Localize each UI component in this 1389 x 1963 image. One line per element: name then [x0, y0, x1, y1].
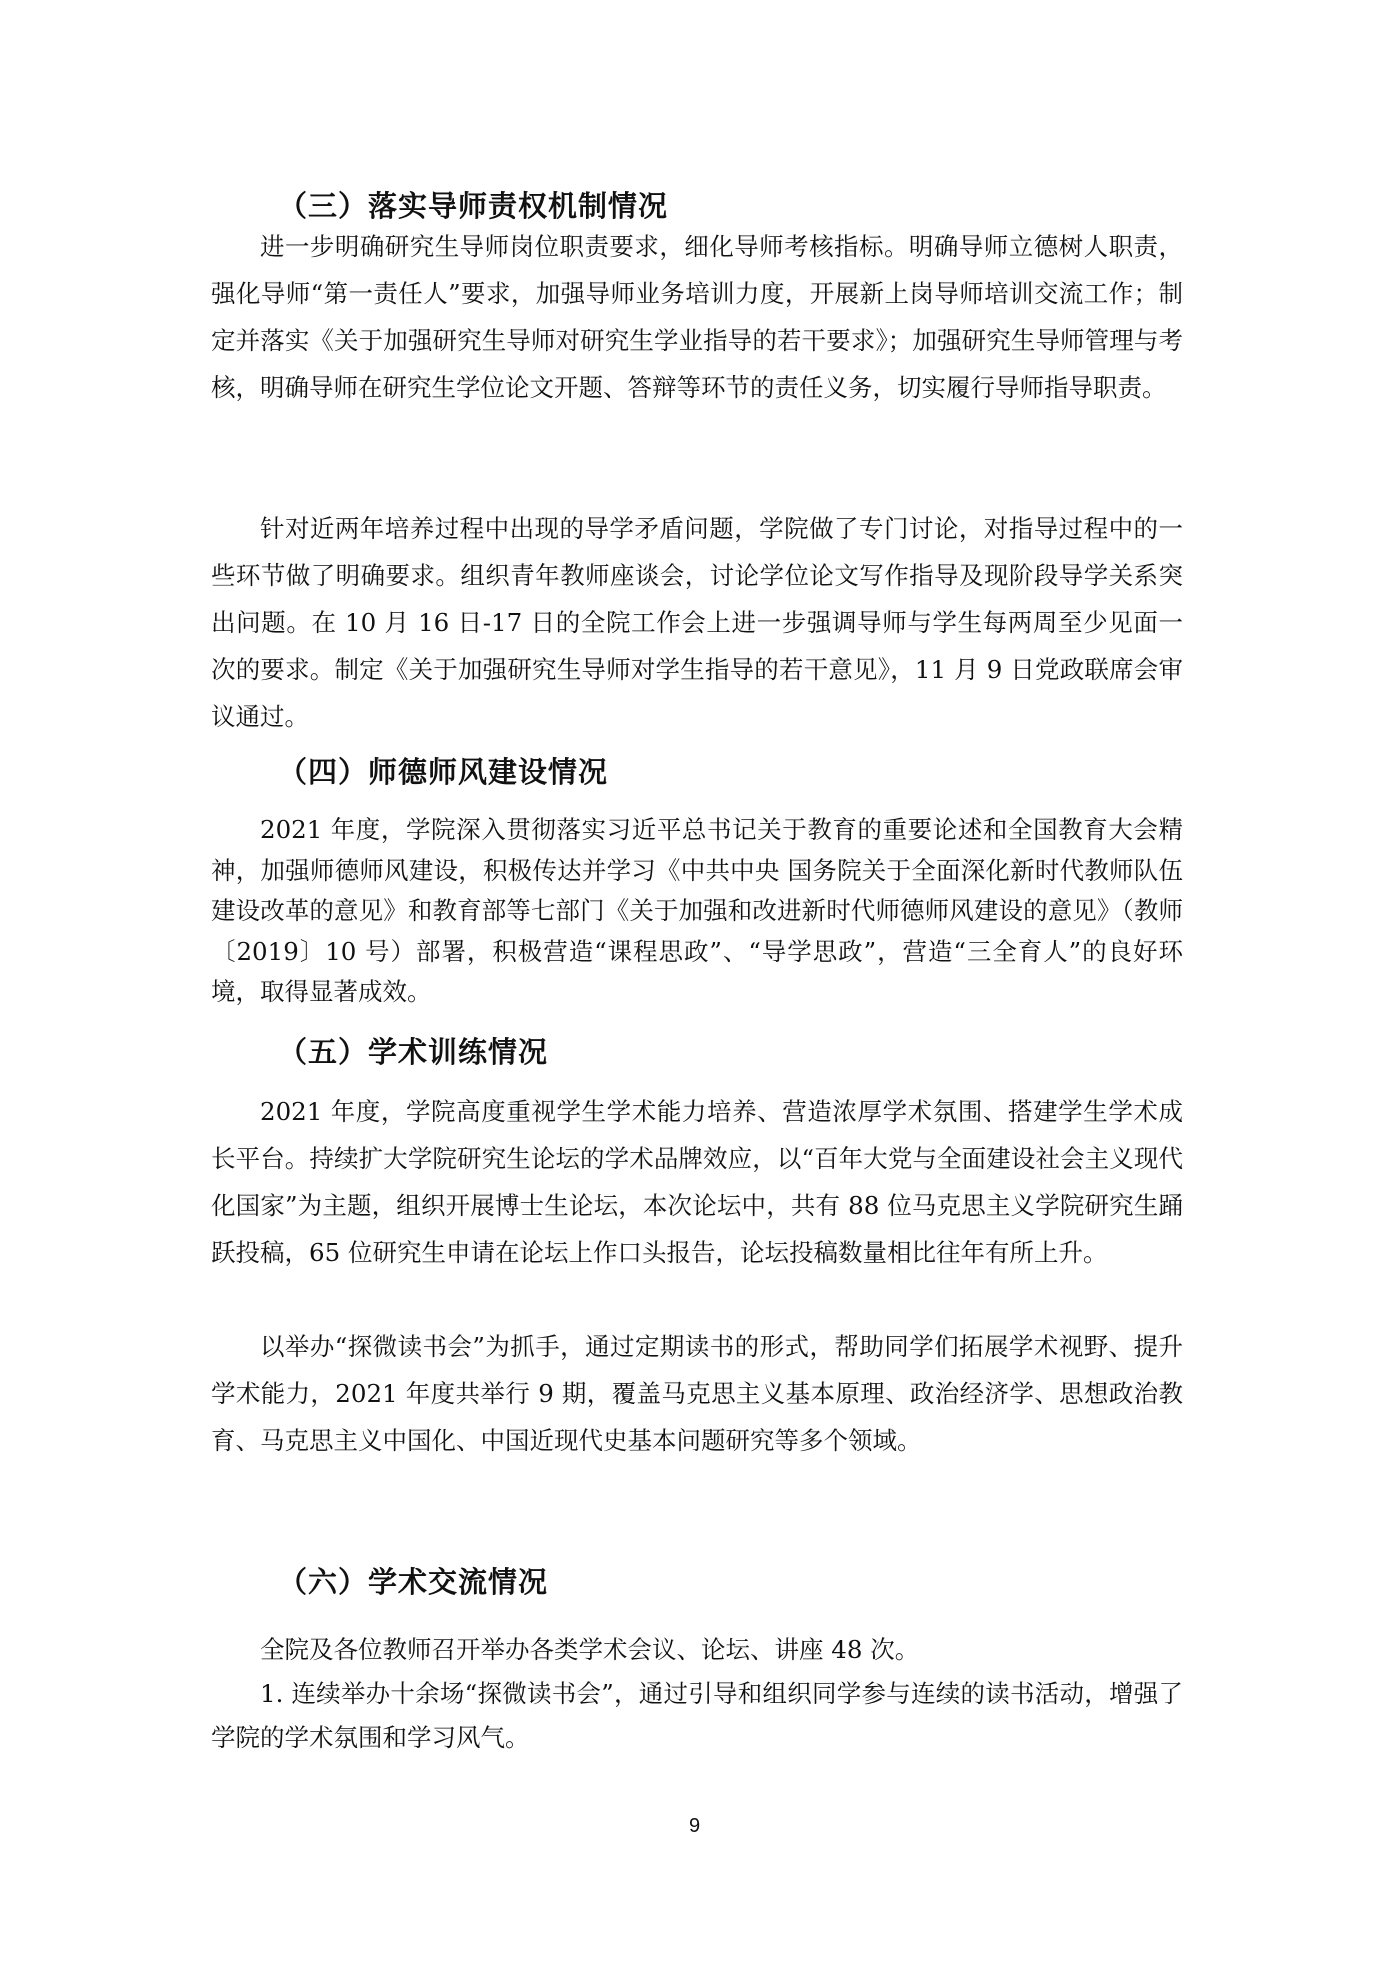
page-number: 9 — [0, 1815, 1389, 1838]
section-heading-5: （五）学术训练情况 — [278, 1030, 548, 1071]
section-heading-6: （六）学术交流情况 — [278, 1560, 548, 1601]
paragraph: 2021 年度，学院深入贯彻落实习近平总书记关于教育的重要论述和全国教育大会精神… — [211, 810, 1183, 1013]
paragraph: 以举办“探微读书会”为抓手，通过定期读书的形式，帮助同学们拓展学术视野、提升学术… — [211, 1323, 1183, 1464]
paragraph: 进一步明确研究生导师岗位职责要求，细化导师考核指标。明确导师立德树人职责，强化导… — [211, 223, 1183, 411]
paragraph: 针对近两年培养过程中出现的导学矛盾问题，学院做了专门讨论，对指导过程中的一些环节… — [211, 505, 1183, 740]
section-heading-3: （三）落实导师责权机制情况 — [278, 184, 668, 225]
paragraph: 2021 年度，学院高度重视学生学术能力培养、营造浓厚学术氛围、搭建学生学术成长… — [211, 1088, 1183, 1276]
paragraph: 1. 连续举办十余场“探微读书会”，通过引导和组织同学参与连续的读书活动，增强了… — [211, 1672, 1183, 1759]
document-page: （三）落实导师责权机制情况 进一步明确研究生导师岗位职责要求，细化导师考核指标。… — [0, 0, 1389, 1963]
paragraph: 全院及各位教师召开举办各类学术会议、论坛、讲座 48 次。 — [211, 1628, 1183, 1672]
section-heading-4: （四）师德师风建设情况 — [278, 750, 608, 791]
